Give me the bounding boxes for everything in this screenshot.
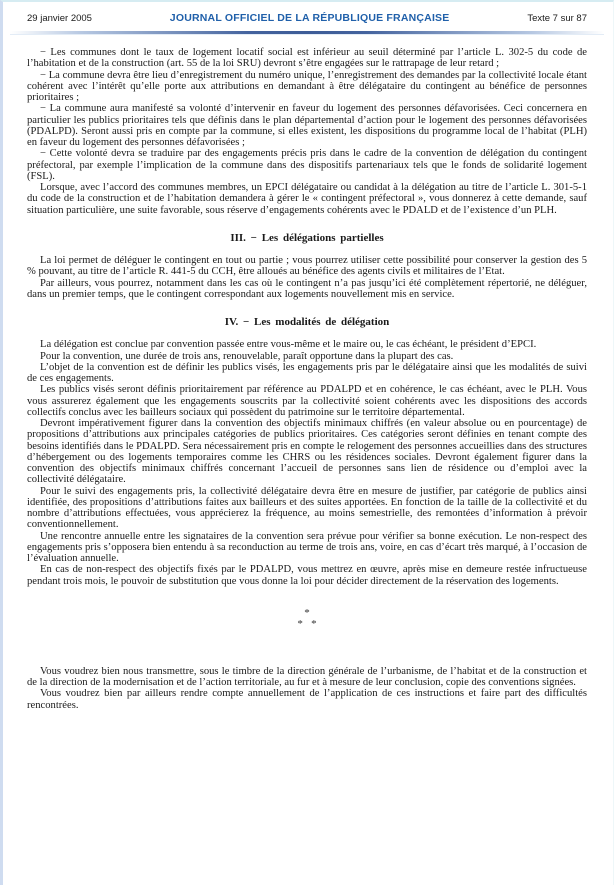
page-frame <box>0 0 614 885</box>
